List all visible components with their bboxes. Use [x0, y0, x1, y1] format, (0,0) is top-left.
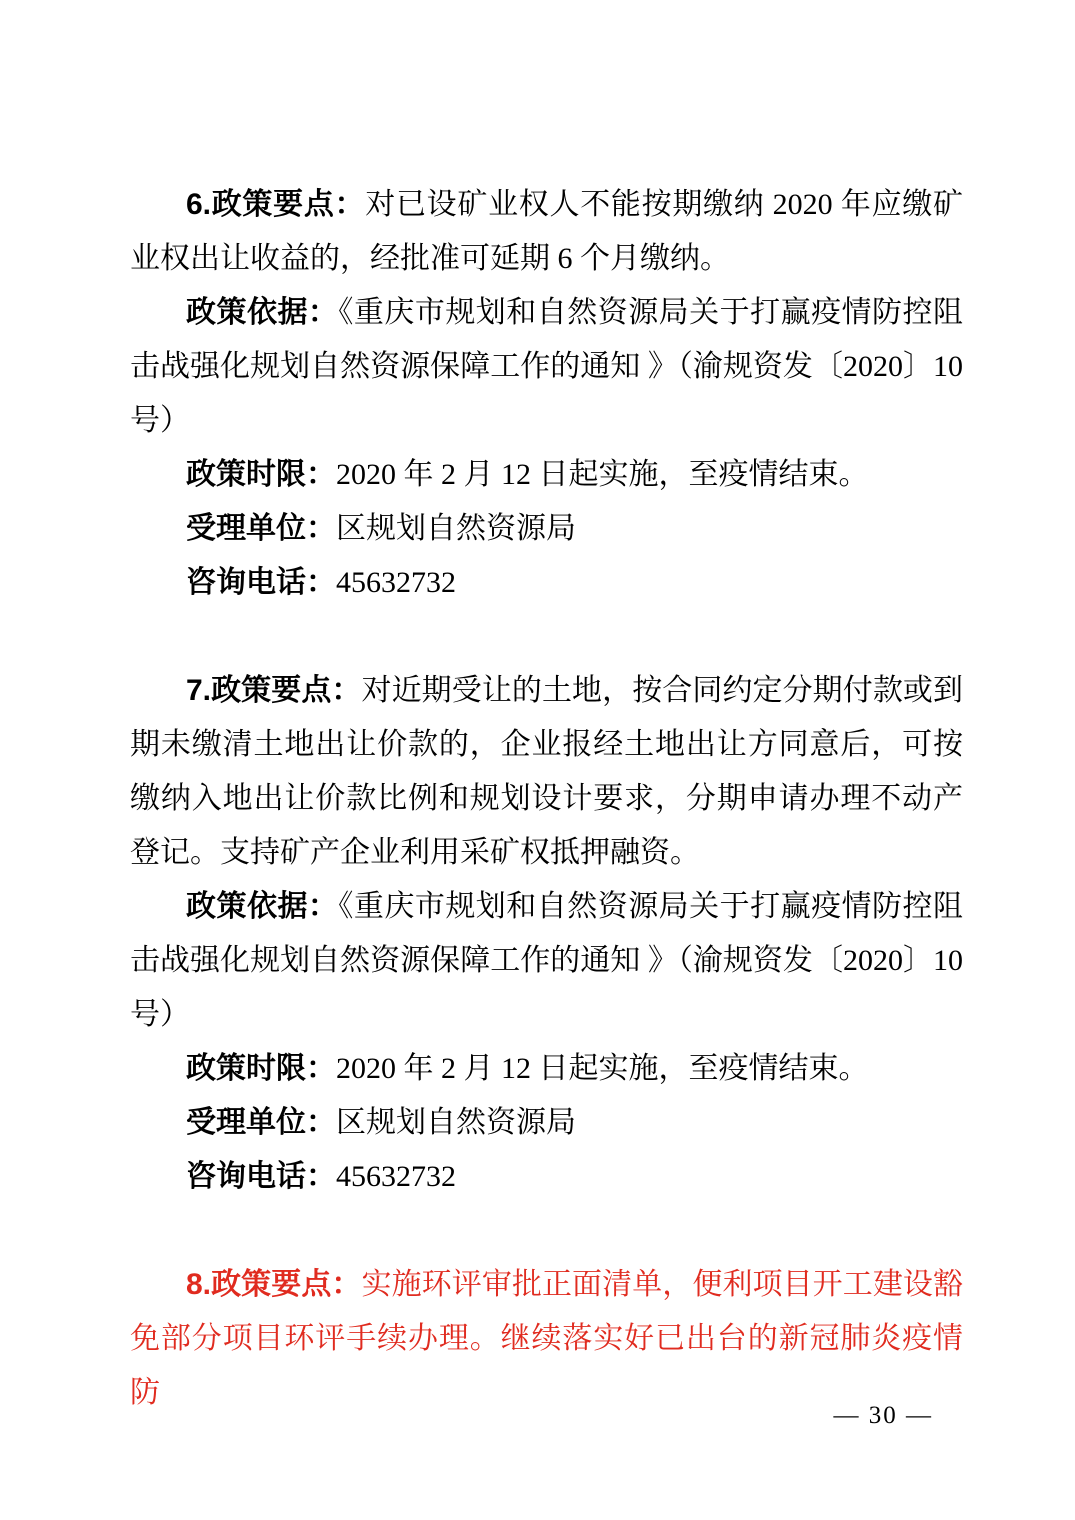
- policy-point-paragraph: 6.政策要点：对已设矿业权人不能按期缴纳 2020 年应缴矿业权出让收益的，经批…: [130, 178, 963, 286]
- policy-section-6: 6.政策要点：对已设矿业权人不能按期缴纳 2020 年应缴矿业权出让收益的，经批…: [130, 178, 963, 610]
- policy-basis-paragraph: 政策依据：《重庆市规划和自然资源局关于打赢疫情防控阻击战强化规划自然资源保障工作…: [130, 286, 963, 448]
- accepting-unit-text: 区规划自然资源局: [336, 512, 576, 545]
- policy-period-label: 政策时限：: [186, 458, 336, 491]
- policy-period-paragraph: 政策时限：2020 年 2 月 12 日起实施，至疫情结束。: [130, 1042, 963, 1096]
- document-body: 6.政策要点：对已设矿业权人不能按期缴纳 2020 年应缴矿业权出让收益的，经批…: [130, 178, 963, 1420]
- phone-paragraph: 咨询电话：45632732: [130, 1150, 963, 1204]
- accepting-unit-paragraph: 受理单位：区规划自然资源局: [130, 502, 963, 556]
- policy-section-7: 7.政策要点：对近期受让的土地，按合同约定分期付款或到期未缴清土地出让价款的，企…: [130, 664, 963, 1204]
- policy-basis-label: 政策依据：: [186, 890, 338, 923]
- policy-point-paragraph: 8.政策要点：实施环评审批正面清单，便利项目开工建设豁免部分项目环评手续办理。继…: [130, 1258, 963, 1420]
- phone-label: 咨询电话：: [186, 566, 336, 599]
- policy-period-text: 2020 年 2 月 12 日起实施，至疫情结束。: [336, 458, 869, 491]
- phone-number: 45632732: [336, 566, 456, 599]
- policy-basis-label: 政策依据：: [186, 296, 338, 329]
- accepting-unit-text: 区规划自然资源局: [336, 1106, 576, 1139]
- policy-point-label: 7.政策要点：: [186, 674, 362, 707]
- policy-point-paragraph: 7.政策要点：对近期受让的土地，按合同约定分期付款或到期未缴清土地出让价款的，企…: [130, 664, 963, 880]
- policy-basis-paragraph: 政策依据：《重庆市规划和自然资源局关于打赢疫情防控阻击战强化规划自然资源保障工作…: [130, 880, 963, 1042]
- accepting-unit-label: 受理单位：: [186, 1106, 336, 1139]
- policy-period-paragraph: 政策时限：2020 年 2 月 12 日起实施，至疫情结束。: [130, 448, 963, 502]
- policy-point-label: 8.政策要点：: [186, 1268, 362, 1301]
- phone-number: 45632732: [336, 1160, 456, 1193]
- policy-period-text: 2020 年 2 月 12 日起实施，至疫情结束。: [336, 1052, 869, 1085]
- accepting-unit-label: 受理单位：: [186, 512, 336, 545]
- document-page: 6.政策要点：对已设矿业权人不能按期缴纳 2020 年应缴矿业权出让收益的，经批…: [0, 0, 1075, 1520]
- phone-paragraph: 咨询电话：45632732: [130, 556, 963, 610]
- page-number: — 30 —: [834, 1402, 934, 1430]
- policy-section-8: 8.政策要点：实施环评审批正面清单，便利项目开工建设豁免部分项目环评手续办理。继…: [130, 1258, 963, 1420]
- accepting-unit-paragraph: 受理单位：区规划自然资源局: [130, 1096, 963, 1150]
- phone-label: 咨询电话：: [186, 1160, 336, 1193]
- policy-period-label: 政策时限：: [186, 1052, 336, 1085]
- policy-point-label: 6.政策要点：: [186, 188, 365, 221]
